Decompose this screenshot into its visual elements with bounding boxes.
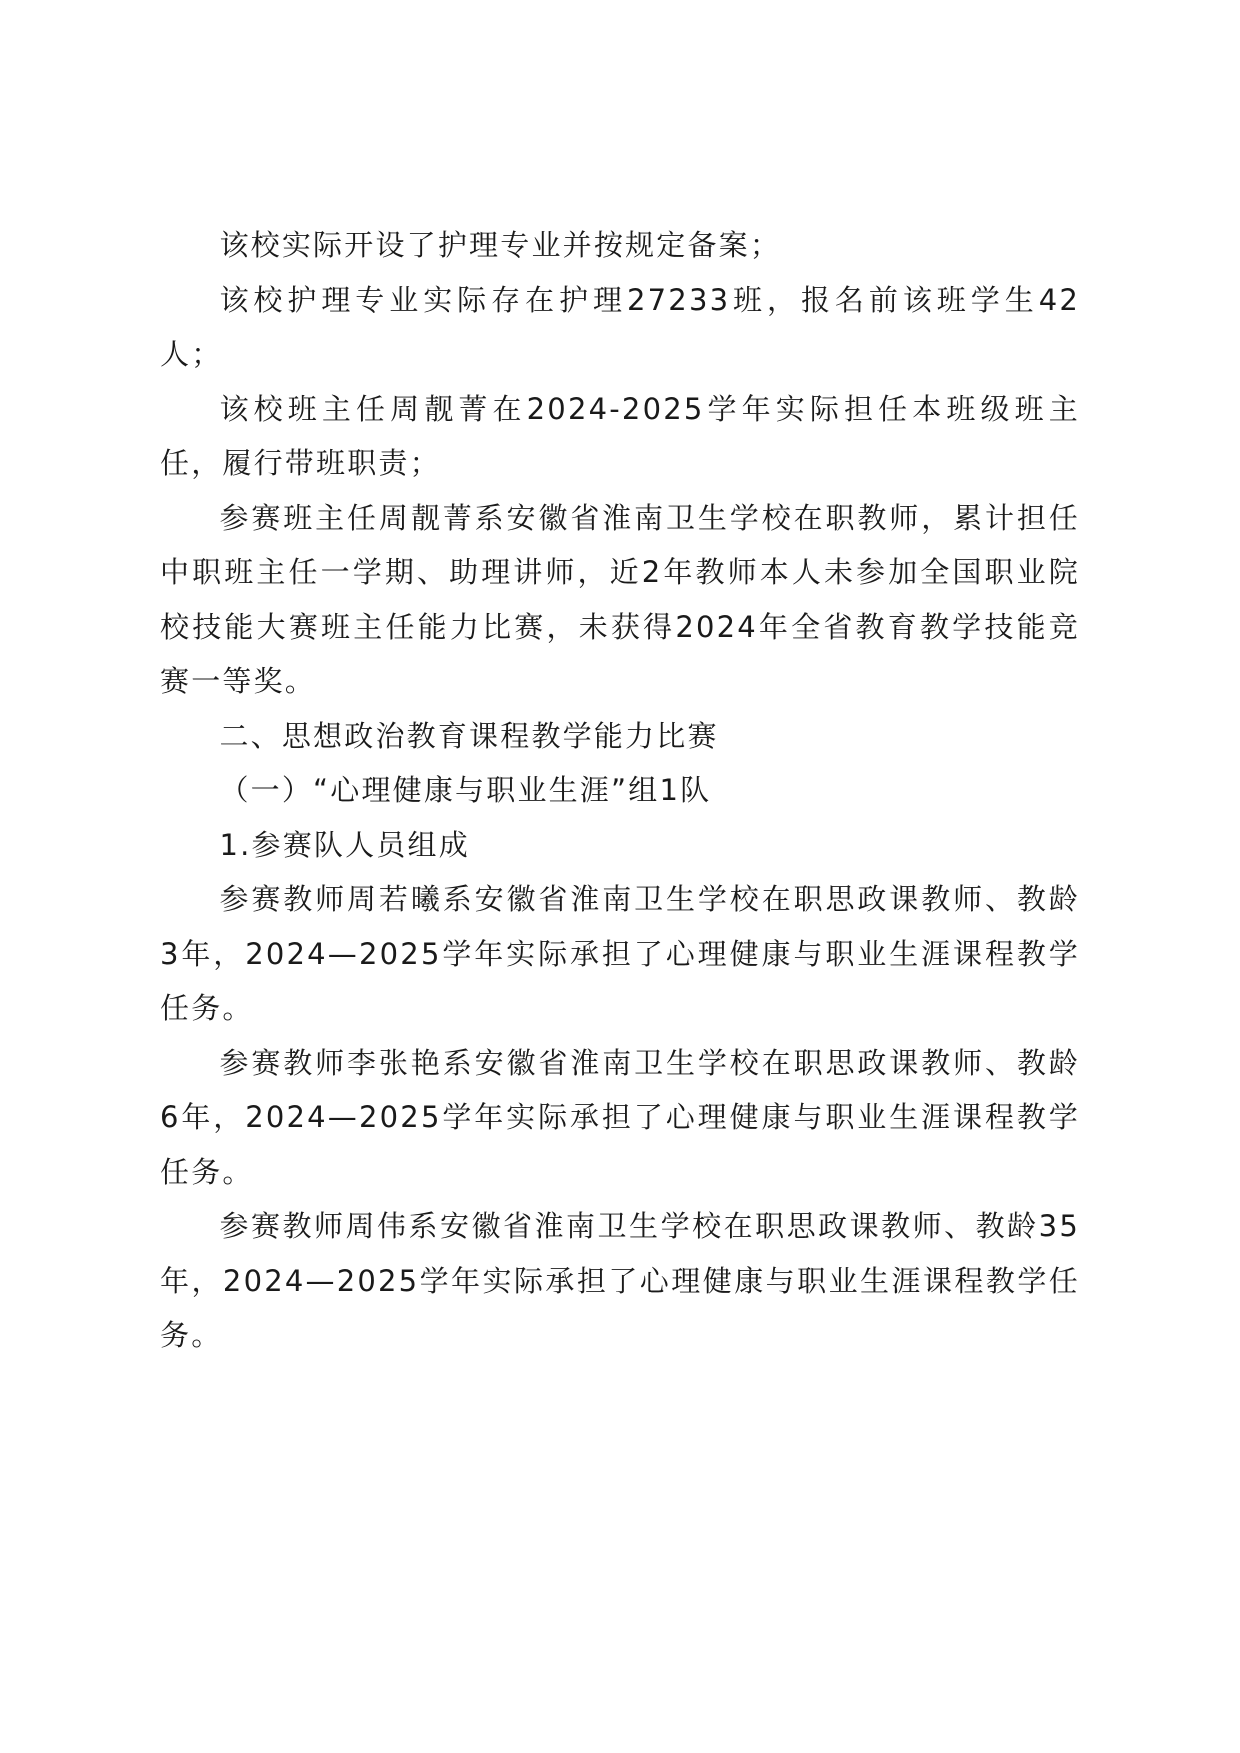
subsection-heading: （一）“心理健康与职业生涯”组1队 (160, 763, 1080, 818)
document-page: 该校实际开设了护理专业并按规定备案； 该校护理专业实际存在护理27233班，报名… (160, 218, 1080, 1363)
paragraph-head-teacher-qualification: 参赛班主任周靓菁系安徽省淮南卫生学校在职教师，累计担任中职班主任一学期、助理讲师… (160, 491, 1080, 709)
paragraph-teacher-1: 参赛教师周若曦系安徽省淮南卫生学校在职思政课教师、教龄3年，2024—2025学… (160, 872, 1080, 1036)
section-heading: 二、思想政治教育课程教学能力比赛 (160, 709, 1080, 764)
item-heading: 1.参赛队人员组成 (160, 818, 1080, 873)
paragraph-class-info: 该校护理专业实际存在护理27233班，报名前该班学生42人； (160, 273, 1080, 382)
paragraph-teacher-2: 参赛教师李张艳系安徽省淮南卫生学校在职思政课教师、教龄6年，2024—2025学… (160, 1036, 1080, 1200)
paragraph-head-teacher: 该校班主任周靓菁在2024-2025学年实际担任本班级班主任，履行带班职责； (160, 382, 1080, 491)
paragraph-teacher-3: 参赛教师周伟系安徽省淮南卫生学校在职思政课教师、教龄35年，2024—2025学… (160, 1199, 1080, 1363)
paragraph-major-filing: 该校实际开设了护理专业并按规定备案； (160, 218, 1080, 273)
